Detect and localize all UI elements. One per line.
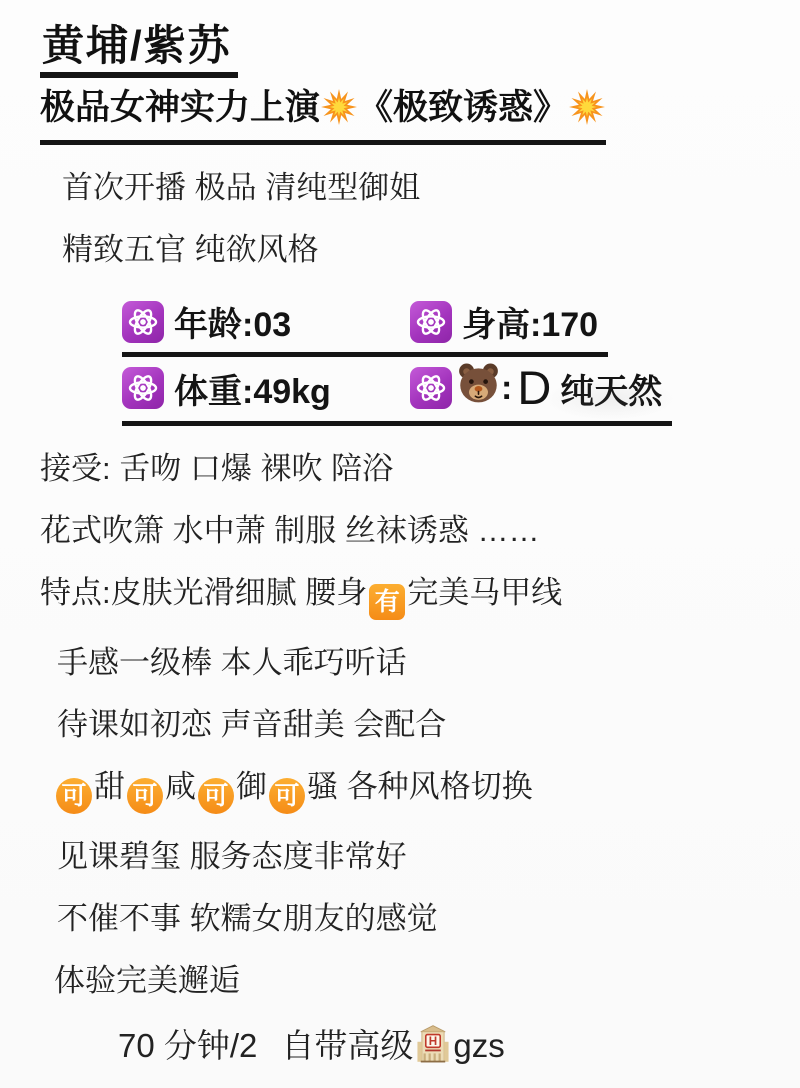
ke-badge-icon: 可 [198, 778, 234, 814]
intro-line-1: 首次开播 极品 清纯型御姐 [40, 169, 770, 207]
price-duration: 70 分钟/2 [118, 1027, 257, 1064]
style-3: 御 [236, 769, 267, 804]
ke-badge-icon: 可 [269, 778, 305, 814]
features-line: 特点:皮肤光滑细腻 腰身有完美马甲线 [40, 574, 770, 620]
post-page: 黄埔/紫苏 极品女神实力上演《极致诱惑》 首次开播 极品 清纯型御姐 精致五官 … [0, 0, 800, 1088]
accept-line: 接受: 舌吻 口爆 裸吹 陪浴 [40, 450, 770, 488]
styles-line: 可甜可咸可御可骚 各种风格切换 [40, 768, 770, 814]
hotel-icon: H [413, 1024, 453, 1073]
intro-line-2: 精致五官 纯欲风格 [40, 231, 770, 269]
collision-icon [320, 88, 358, 137]
page-title: 黄埔/紫苏 [40, 22, 238, 78]
stat-height: 身高:170 [410, 297, 598, 346]
stat-height-text: 身高:170 [462, 297, 598, 346]
touch-line: 手感一级棒 本人乖巧听话 [40, 644, 770, 682]
meet-line: 见课碧玺 服务态度非常好 [40, 838, 770, 876]
stats-row-1: 年龄:03 身高:170 [122, 293, 608, 357]
bear-icon [456, 361, 501, 415]
services-line: 花式吹箫 水中萧 制服 丝袜诱惑 …… [40, 512, 770, 550]
stat-age: 年龄:03 [122, 297, 410, 346]
price-premium: 自带高级 [281, 1027, 413, 1064]
atom-icon [410, 367, 452, 409]
ke-badge-icon: 可 [127, 778, 163, 814]
features-text-pre: 特点:皮肤光滑细腻 腰身 [40, 575, 367, 610]
price-line: 70 分钟/2自带高级Hgzs [40, 1024, 770, 1073]
attitude-line: 待课如初恋 声音甜美 会配合 [40, 706, 770, 744]
subtitle-text-title: 《极致诱惑》 [358, 88, 568, 127]
atom-icon [122, 301, 164, 343]
experience-line: 体验完美邂逅 [40, 962, 770, 1000]
stat-cup-text: 纯天然 [560, 364, 662, 413]
stats-table: 年龄:03 身高:170 体重:49kg : D 纯天然 [122, 293, 770, 426]
atom-icon [410, 301, 452, 343]
subtitle: 极品女神实力上演《极致诱惑》 [40, 86, 606, 145]
stat-weight-text: 体重:49kg [174, 364, 331, 413]
you-badge-icon: 有 [369, 584, 405, 620]
stat-age-text: 年龄:03 [174, 297, 291, 346]
atom-icon [122, 367, 164, 409]
styles-suffix: 各种风格切换 [338, 769, 533, 804]
girlfriend-line: 不催不事 软糯女朋友的感觉 [40, 900, 770, 938]
stat-cup-letter: D [517, 366, 552, 410]
title-row: 黄埔/紫苏 [40, 22, 770, 78]
subtitle-row: 极品女神实力上演《极致诱惑》 [40, 78, 770, 145]
hotel-letter: H [429, 1035, 437, 1048]
stat-weight: 体重:49kg [122, 364, 410, 413]
subtitle-text-pre: 极品女神实力上演 [40, 88, 320, 127]
features-text-post: 完美马甲线 [407, 575, 562, 610]
style-4: 骚 [307, 769, 338, 804]
collision-icon [568, 88, 606, 137]
stat-cup: : D 纯天然 [410, 361, 662, 415]
stat-cup-colon: : [501, 369, 512, 408]
ke-badge-icon: 可 [56, 778, 92, 814]
style-1: 甜 [94, 769, 125, 804]
price-suffix: gzs [453, 1027, 504, 1064]
style-2: 咸 [165, 769, 196, 804]
stats-row-2: 体重:49kg : D 纯天然 [122, 357, 672, 426]
